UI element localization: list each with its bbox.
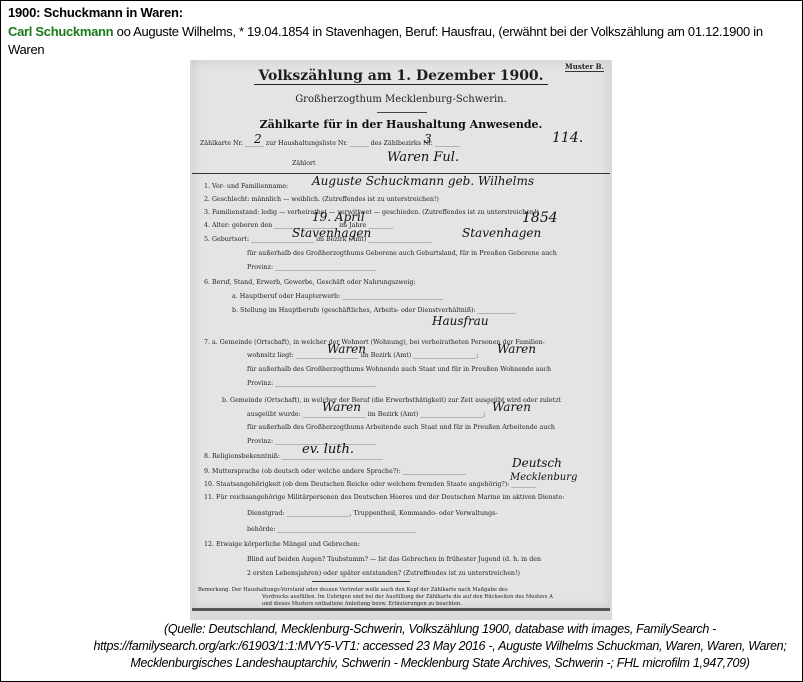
summary-text: oo Auguste Wilhelms, * 19.04.1854 in Sta… bbox=[8, 24, 763, 57]
field-disabilities: 12. Etwaige körperliche Mängel und Gebre… bbox=[204, 541, 602, 548]
field-residence: 7. a. Gemeinde (Ortschaft), in welcher d… bbox=[204, 339, 602, 346]
divider bbox=[377, 112, 427, 113]
document-title: Volkszählung am 1. Dezember 1900. bbox=[192, 68, 610, 84]
field-occupation: 6. Beruf, Stand, Erwerb, Gewerbe, Geschä… bbox=[204, 279, 602, 286]
field-main-occupation: a. Hauptberuf oder Haupterwerb: ________… bbox=[232, 293, 602, 300]
page-heading: 1900: Schuckmann in Waren: bbox=[8, 5, 183, 20]
hw-citizenship: Mecklenburg bbox=[510, 472, 577, 483]
person-link[interactable]: Carl Schuckmann bbox=[8, 24, 113, 39]
remark-line-1: Bemerkung. Der Haushaltungs-Vorstand ode… bbox=[198, 587, 602, 593]
hw-occupation: Hausfrau bbox=[432, 314, 489, 328]
field-residence-note: für außerhalb des Großherzogthums Wohnen… bbox=[247, 366, 602, 373]
field-birthplace: 5. Geburtsort: ____________________ im B… bbox=[204, 236, 602, 243]
field-work-note: für außerhalb des Großherzogthums Arbeit… bbox=[247, 424, 602, 431]
hw-zaehlort: Waren Ful. bbox=[387, 150, 459, 165]
field-authority: behörde: _______________________________… bbox=[247, 526, 602, 533]
field-rank: Dienstgrad: ____________________, Truppe… bbox=[247, 510, 602, 517]
hw-work-place: Waren bbox=[322, 400, 361, 414]
field-work-province: Provinz: _______________________________… bbox=[247, 438, 602, 445]
hw-birthplace: Stavenhagen bbox=[292, 226, 371, 240]
footer-rule bbox=[312, 581, 410, 582]
census-card-sheet: Muster B. Volkszählung am 1. Dezember 19… bbox=[192, 60, 610, 611]
field-residence-place: wohnsitz liegt: ____________________ im … bbox=[247, 352, 602, 359]
hw-zaehlkarte-nr: 2 bbox=[254, 132, 262, 146]
field-disabilities-question: Blind auf beiden Augen? Taubstumm? — Ist… bbox=[247, 556, 602, 563]
hw-work-district: Waren bbox=[492, 400, 531, 414]
hw-mother-tongue: Deutsch bbox=[512, 456, 562, 470]
remark-line-2: Vordrucks ausfüllen. Im Uebrigen sind be… bbox=[262, 594, 602, 600]
hw-residence: Waren bbox=[327, 342, 366, 356]
field-sex: 2. Geschlecht: männlich — weiblich. (Zut… bbox=[204, 196, 602, 203]
field-work-place-line: ausgeübt wurde: ____________________ im … bbox=[247, 411, 602, 418]
field-residence-province: Provinz: _______________________________… bbox=[247, 380, 602, 387]
hw-haushaltungsliste-nr: 3 bbox=[424, 132, 432, 146]
hw-residence-district: Waren bbox=[497, 342, 536, 356]
person-summary: Carl Schuckmann oo Auguste Wilhelms, * 1… bbox=[8, 23, 798, 59]
document-subtitle: Großherzogthum Mecklenburg-Schwerin. bbox=[192, 94, 610, 105]
hw-religion: ev. luth. bbox=[302, 442, 354, 457]
field-position: b. Stellung im Hauptberufe (geschäftlich… bbox=[232, 307, 602, 314]
source-caption: (Quelle: Deutschland, Mecklenburg-Schwer… bbox=[80, 621, 800, 672]
hw-birth-year: 1854 bbox=[522, 210, 558, 226]
field-province: Provinz: _______________________________… bbox=[247, 264, 602, 271]
card-title: Zählkarte für in der Haushaltung Anwesen… bbox=[192, 118, 610, 131]
census-card-image: Muster B. Volkszählung am 1. Dezember 19… bbox=[190, 60, 612, 620]
remark-line-3: und dieses Musters enthaltene Anleitung … bbox=[262, 601, 602, 607]
field-disabilities-onset: 2 ersten Lebensjahren) oder später entst… bbox=[247, 570, 602, 577]
hw-birth-day: 19. April bbox=[312, 210, 365, 224]
field-note: für außerhalb des Großherzogthums Gebore… bbox=[247, 250, 602, 257]
field-military: 11. Für reichsangehörige Militärpersonen… bbox=[204, 494, 602, 501]
field-work-place: b. Gemeinde (Ortschaft), in welcher der … bbox=[222, 397, 602, 404]
hw-birth-district: Stavenhagen bbox=[462, 226, 541, 240]
hw-name: Auguste Schuckmann geb. Wilhelms bbox=[312, 174, 534, 188]
hw-zaehlbezirk-nr: 114. bbox=[552, 130, 583, 146]
